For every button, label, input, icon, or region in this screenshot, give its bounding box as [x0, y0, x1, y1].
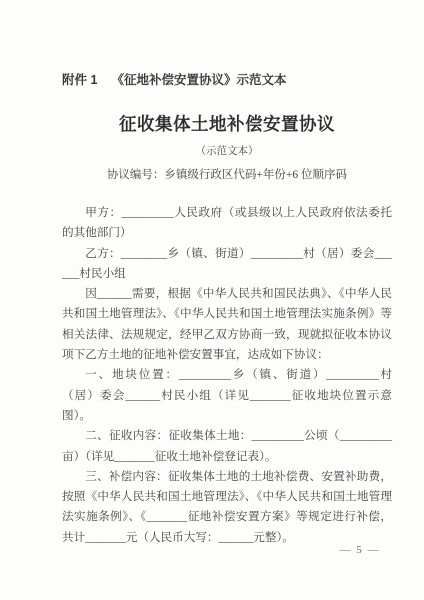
paragraph-party-a: 甲方：_________人民政府（或县级以上人民政府依法委托的其他部门） — [62, 203, 392, 244]
attachment-label: 附件 1 — [62, 73, 97, 87]
page-number: — 5 — — [340, 544, 381, 556]
paragraph-clause-1-location: 一、地块位置：_________乡（镇、街道）_________村（居）委会__… — [62, 365, 392, 426]
document-subtitle: （示范文本） — [62, 143, 392, 158]
attachment-heading: 附件 1《征地补偿安置协议》示范文本 — [62, 70, 392, 88]
paragraph-party-b: 乙方：________乡（镇、街道）_________村（居）委会______村… — [62, 244, 392, 285]
document-body: 甲方：_________人民政府（或县级以上人民政府依法委托的其他部门） 乙方：… — [62, 203, 392, 548]
attachment-title: 《征地补偿安置协议》示范文本 — [111, 73, 286, 87]
paragraph-clause-2-scope: 二、征收内容：征收集体土地：_________公顷（_________亩）（详见… — [62, 426, 392, 467]
document-page: 附件 1《征地补偿安置协议》示范文本 征收集体土地补偿安置协议 （示范文本） 协… — [0, 0, 424, 600]
document-title: 征收集体土地补偿安置协议 — [62, 111, 392, 136]
paragraph-preamble: 因______需要，根据《中华人民共和国民法典》、《中华人民共和国土地管理法》、… — [62, 284, 392, 365]
agreement-number-line: 协议编号：乡镇级行政区代码+年份+6 位顺序码 — [62, 166, 392, 182]
paragraph-clause-3-compensation: 三、补偿内容：征收集体土地的土地补偿费、安置补助费，按照《中华人民共和国土地管理… — [62, 467, 392, 548]
